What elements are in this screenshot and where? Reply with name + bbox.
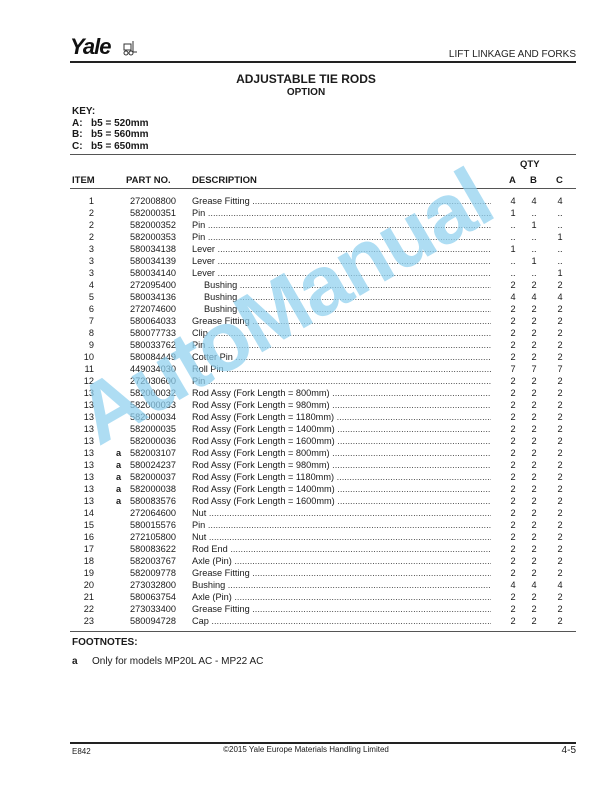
item-number: 8	[72, 327, 94, 339]
table-row: 10580084449Cotter Pin222	[0, 351, 612, 363]
footnote-marker: a	[116, 447, 124, 459]
part-number: 580063754	[124, 591, 176, 603]
item-number: 6	[72, 303, 94, 315]
qty-b: ..	[527, 267, 541, 279]
description: Pin	[192, 219, 491, 231]
description: Rod Assy (Fork Length = 1600mm)	[192, 435, 491, 447]
item-number: 17	[72, 543, 94, 555]
header-divider	[70, 61, 576, 63]
qty-a: 2	[506, 603, 520, 615]
part-number: 582000035	[124, 423, 176, 435]
qty-c: 1	[553, 267, 567, 279]
item-number: 19	[72, 567, 94, 579]
qty-b: 2	[527, 279, 541, 291]
item-number: 15	[72, 519, 94, 531]
qty-a: 2	[506, 507, 520, 519]
qty-b: 2	[527, 531, 541, 543]
item-number: 1	[72, 195, 94, 207]
item-number: 3	[72, 243, 94, 255]
qty-a: 1	[506, 243, 520, 255]
qty-c: 2	[553, 339, 567, 351]
item-number: 7	[72, 315, 94, 327]
qty-a: 1	[506, 207, 520, 219]
qty-b: 7	[527, 363, 541, 375]
qty-a: 2	[506, 615, 520, 627]
qty-b: 2	[527, 375, 541, 387]
part-number: 580034139	[124, 255, 176, 267]
description: Nut	[192, 531, 491, 543]
qty-b: 2	[527, 435, 541, 447]
part-number: 273033400	[124, 603, 176, 615]
header-qty-b: B	[530, 175, 537, 186]
qty-c: ..	[553, 255, 567, 267]
key-legend: KEY: A:b5 = 520mm B:b5 = 560mm C:b5 = 65…	[72, 106, 149, 152]
item-number: 12	[72, 375, 94, 387]
qty-b: 2	[527, 327, 541, 339]
qty-c: 4	[553, 291, 567, 303]
part-number: 582000033	[124, 399, 176, 411]
part-number: 580094728	[124, 615, 176, 627]
table-row: 15580015576Pin222	[0, 519, 612, 531]
part-number: 580084449	[124, 351, 176, 363]
part-number: 580024237	[124, 459, 176, 471]
table-row: 20273032800Bushing444	[0, 579, 612, 591]
qty-b: 2	[527, 423, 541, 435]
description: Axle (Pin)	[192, 555, 491, 567]
item-number: 13	[72, 447, 94, 459]
qty-c: 2	[553, 483, 567, 495]
part-number: 272095400	[124, 279, 176, 291]
qty-b: 2	[527, 519, 541, 531]
item-number: 16	[72, 531, 94, 543]
description: Rod Assy (Fork Length = 1400mm)	[192, 423, 491, 435]
description: Rod Assy (Fork Length = 800mm)	[192, 387, 491, 399]
table-row: 5580034136Bushing444	[0, 291, 612, 303]
qty-a: 7	[506, 363, 520, 375]
qty-a: 2	[506, 543, 520, 555]
table-row: 4272095400Bushing222	[0, 279, 612, 291]
footnote-marker: a	[72, 656, 92, 667]
qty-a: ..	[506, 231, 520, 243]
part-number: 272064600	[124, 507, 176, 519]
qty-a: 2	[506, 339, 520, 351]
qty-a: 2	[506, 495, 520, 507]
qty-c: 4	[553, 579, 567, 591]
qty-b: 2	[527, 603, 541, 615]
table-row: 3580034139Lever..1..	[0, 255, 612, 267]
qty-b: ..	[527, 243, 541, 255]
table-row: 3580034140Lever....1	[0, 267, 612, 279]
qty-c: 7	[553, 363, 567, 375]
qty-a: 2	[506, 375, 520, 387]
qty-a: 2	[506, 279, 520, 291]
part-number: 580033762	[124, 339, 176, 351]
part-number: 582000037	[124, 471, 176, 483]
qty-c: 2	[553, 567, 567, 579]
qty-c: 2	[553, 327, 567, 339]
qty-a: 2	[506, 303, 520, 315]
table-row: 7580064033Grease Fitting222	[0, 315, 612, 327]
qty-c: ..	[553, 219, 567, 231]
description: Rod Assy (Fork Length = 1180mm)	[192, 471, 491, 483]
item-number: 13	[72, 387, 94, 399]
qty-c: 2	[553, 411, 567, 423]
qty-a: 4	[506, 291, 520, 303]
qty-b: 2	[527, 483, 541, 495]
qty-c: 2	[553, 279, 567, 291]
part-number: 580015576	[124, 519, 176, 531]
item-number: 11	[72, 363, 94, 375]
description: Lever	[192, 243, 491, 255]
table-row: 2582000353Pin....1	[0, 231, 612, 243]
qty-b: 2	[527, 303, 541, 315]
qty-a: 2	[506, 351, 520, 363]
table-row: 13582000035Rod Assy (Fork Length = 1400m…	[0, 423, 612, 435]
description: Axle (Pin)	[192, 591, 491, 603]
qty-c: 2	[553, 435, 567, 447]
description: Pin	[192, 519, 491, 531]
qty-a: 2	[506, 435, 520, 447]
table-row: 21580063754Axle (Pin)222	[0, 591, 612, 603]
part-number: 582000352	[124, 219, 176, 231]
part-number: 580034138	[124, 243, 176, 255]
description: Grease Fitting	[192, 195, 491, 207]
description: Cotter Pin	[192, 351, 491, 363]
qty-b: 2	[527, 351, 541, 363]
qty-b: 2	[527, 567, 541, 579]
description: Grease Fitting	[192, 603, 491, 615]
item-number: 3	[72, 267, 94, 279]
qty-c: 2	[553, 303, 567, 315]
description: Pin	[192, 207, 491, 219]
part-number: 582009778	[124, 567, 176, 579]
item-number: 4	[72, 279, 94, 291]
qty-b: 2	[527, 615, 541, 627]
section-title: LIFT LINKAGE AND FORKS	[449, 49, 576, 60]
table-row: 13a580083576Rod Assy (Fork Length = 1600…	[0, 495, 612, 507]
qty-a: 2	[506, 423, 520, 435]
table-row: 17580083622Rod End222	[0, 543, 612, 555]
description: Cap	[192, 615, 491, 627]
part-number: 582003767	[124, 555, 176, 567]
header-qty-a: A	[509, 175, 516, 186]
part-number: 580034136	[124, 291, 176, 303]
qty-b: ..	[527, 231, 541, 243]
table-row: 13a582000038Rod Assy (Fork Length = 1400…	[0, 483, 612, 495]
qty-a: 2	[506, 315, 520, 327]
page-number: 4-5	[562, 745, 576, 756]
header-item: ITEM	[72, 175, 95, 186]
table-row: 3580034138Lever1....	[0, 243, 612, 255]
qty-a: ..	[506, 267, 520, 279]
item-number: 13	[72, 459, 94, 471]
part-number: 582000038	[124, 483, 176, 495]
qty-a: 2	[506, 567, 520, 579]
qty-a: ..	[506, 255, 520, 267]
qty-c: 2	[553, 447, 567, 459]
table-row: 13582000034Rod Assy (Fork Length = 1180m…	[0, 411, 612, 423]
table-row: 13a582000037Rod Assy (Fork Length = 1180…	[0, 471, 612, 483]
table-row: 13a582003107Rod Assy (Fork Length = 800m…	[0, 447, 612, 459]
footnotes-title: FOOTNOTES:	[72, 637, 138, 648]
description: Grease Fitting	[192, 567, 491, 579]
table-row: 9580033762Pin222	[0, 339, 612, 351]
footnote: aOnly for models MP20L AC - MP22 AC	[72, 656, 263, 667]
part-number: 582000353	[124, 231, 176, 243]
part-number: 582000032	[124, 387, 176, 399]
forklift-icon	[122, 40, 138, 56]
table-row: 8580077733Clip222	[0, 327, 612, 339]
qty-a: 2	[506, 591, 520, 603]
qty-c: 2	[553, 507, 567, 519]
footnote-marker: a	[116, 471, 124, 483]
table-row: 16272105800Nut222	[0, 531, 612, 543]
item-number: 13	[72, 411, 94, 423]
footnote-text: Only for models MP20L AC - MP22 AC	[92, 656, 263, 667]
brand-logo: Yale	[70, 34, 110, 60]
qty-b: 2	[527, 495, 541, 507]
qty-c: 2	[553, 555, 567, 567]
item-number: 21	[72, 591, 94, 603]
description: Rod End	[192, 543, 491, 555]
page-title: ADJUSTABLE TIE RODS	[0, 72, 612, 86]
description: Lever	[192, 255, 491, 267]
qty-c: 2	[553, 375, 567, 387]
footnote-marker: a	[116, 495, 124, 507]
qty-c: 2	[553, 495, 567, 507]
qty-a: 4	[506, 195, 520, 207]
copyright: ©2015 Yale Europe Materials Handling Lim…	[0, 745, 612, 754]
part-number: 272030600	[124, 375, 176, 387]
part-number: 273032800	[124, 579, 176, 591]
item-number: 5	[72, 291, 94, 303]
item-number: 3	[72, 255, 94, 267]
qty-c: ..	[553, 243, 567, 255]
qty-c: 1	[553, 231, 567, 243]
qty-c: 2	[553, 351, 567, 363]
item-number: 2	[72, 231, 94, 243]
table-row: 13582000032Rod Assy (Fork Length = 800mm…	[0, 387, 612, 399]
key-entry: C:b5 = 650mm	[72, 141, 149, 153]
footnote-marker: a	[116, 459, 124, 471]
qty-c: 2	[553, 387, 567, 399]
qty-c: 2	[553, 519, 567, 531]
qty-b: 4	[527, 195, 541, 207]
item-number: 9	[72, 339, 94, 351]
table-row: 22273033400Grease Fitting222	[0, 603, 612, 615]
divider	[70, 154, 576, 155]
header-part-no: PART NO.	[126, 175, 171, 186]
qty-header: QTY	[520, 159, 540, 170]
qty-b: 4	[527, 291, 541, 303]
qty-b: 2	[527, 447, 541, 459]
item-number: 20	[72, 579, 94, 591]
qty-c: 2	[553, 423, 567, 435]
part-number: 582003107	[124, 447, 176, 459]
table-row: 11449034030Roll Pin777	[0, 363, 612, 375]
qty-a: 2	[506, 471, 520, 483]
item-number: 2	[72, 219, 94, 231]
qty-b: 2	[527, 339, 541, 351]
qty-b: 1	[527, 255, 541, 267]
qty-b: 2	[527, 399, 541, 411]
item-number: 13	[72, 423, 94, 435]
key-label: KEY:	[72, 106, 149, 118]
table-row: 2582000352Pin..1..	[0, 219, 612, 231]
description: Bushing	[192, 579, 491, 591]
qty-c: 2	[553, 399, 567, 411]
qty-a: 2	[506, 459, 520, 471]
header-divider	[70, 188, 576, 189]
qty-a: 2	[506, 447, 520, 459]
table-row: 13a580024237Rod Assy (Fork Length = 980m…	[0, 459, 612, 471]
qty-b: 2	[527, 591, 541, 603]
table-row: 14272064600Nut222	[0, 507, 612, 519]
divider	[70, 631, 576, 632]
item-number: 13	[72, 435, 94, 447]
part-number: 272074600	[124, 303, 176, 315]
table-row: 1272008800Grease Fitting444	[0, 195, 612, 207]
qty-b: 2	[527, 315, 541, 327]
qty-b: 1	[527, 219, 541, 231]
description: Pin	[192, 339, 491, 351]
description: Nut	[192, 507, 491, 519]
description: Roll Pin	[192, 363, 491, 375]
description: Bushing	[192, 291, 491, 303]
qty-c: 2	[553, 543, 567, 555]
qty-c: 2	[553, 315, 567, 327]
table-row: 13582000033Rod Assy (Fork Length = 980mm…	[0, 399, 612, 411]
description: Bushing	[192, 279, 491, 291]
description: Lever	[192, 267, 491, 279]
footnote-marker: a	[116, 483, 124, 495]
item-number: 13	[72, 399, 94, 411]
qty-a: 2	[506, 555, 520, 567]
part-number: 580077733	[124, 327, 176, 339]
header-description: DESCRIPTION	[192, 175, 257, 186]
description: Rod Assy (Fork Length = 1600mm)	[192, 495, 491, 507]
qty-c: 2	[553, 471, 567, 483]
table-row: 19582009778Grease Fitting222	[0, 567, 612, 579]
description: Rod Assy (Fork Length = 1400mm)	[192, 483, 491, 495]
description: Rod Assy (Fork Length = 980mm)	[192, 459, 491, 471]
qty-b: 2	[527, 387, 541, 399]
footer-divider	[70, 742, 576, 744]
description: Pin	[192, 375, 491, 387]
item-number: 23	[72, 615, 94, 627]
qty-a: 2	[506, 387, 520, 399]
qty-b: 2	[527, 555, 541, 567]
qty-c: 2	[553, 615, 567, 627]
table-row: 13582000036Rod Assy (Fork Length = 1600m…	[0, 435, 612, 447]
table-row: 18582003767Axle (Pin)222	[0, 555, 612, 567]
qty-b: 2	[527, 507, 541, 519]
qty-c: 2	[553, 459, 567, 471]
part-number: 449034030	[124, 363, 176, 375]
qty-b: 2	[527, 543, 541, 555]
item-number: 13	[72, 471, 94, 483]
description: Rod Assy (Fork Length = 800mm)	[192, 447, 491, 459]
description: Bushing	[192, 303, 491, 315]
item-number: 14	[72, 507, 94, 519]
qty-c: 2	[553, 591, 567, 603]
item-number: 2	[72, 207, 94, 219]
qty-a: 2	[506, 327, 520, 339]
qty-c: 2	[553, 603, 567, 615]
key-entry: A:b5 = 520mm	[72, 118, 149, 130]
item-number: 13	[72, 483, 94, 495]
qty-a: 2	[506, 411, 520, 423]
qty-a: 2	[506, 399, 520, 411]
item-number: 22	[72, 603, 94, 615]
description: Rod Assy (Fork Length = 1180mm)	[192, 411, 491, 423]
part-number: 582000034	[124, 411, 176, 423]
part-number: 272008800	[124, 195, 176, 207]
table-row: 2582000351Pin1....	[0, 207, 612, 219]
part-number: 580083576	[124, 495, 176, 507]
qty-b: 2	[527, 411, 541, 423]
part-number: 582000351	[124, 207, 176, 219]
description: Pin	[192, 231, 491, 243]
parts-table: 1272008800Grease Fitting4442582000351Pin…	[0, 195, 612, 627]
description: Grease Fitting	[192, 315, 491, 327]
qty-c: 2	[553, 531, 567, 543]
header-qty-c: C	[556, 175, 563, 186]
page-subtitle: OPTION	[0, 87, 612, 98]
description: Rod Assy (Fork Length = 980mm)	[192, 399, 491, 411]
key-entry: B:b5 = 560mm	[72, 129, 149, 141]
part-number: 580034140	[124, 267, 176, 279]
part-number: 580083622	[124, 543, 176, 555]
qty-a: 2	[506, 483, 520, 495]
item-number: 18	[72, 555, 94, 567]
part-number: 272105800	[124, 531, 176, 543]
table-row: 12272030600Pin222	[0, 375, 612, 387]
qty-c: ..	[553, 207, 567, 219]
part-number: 582000036	[124, 435, 176, 447]
qty-a: ..	[506, 219, 520, 231]
table-row: 6272074600Bushing222	[0, 303, 612, 315]
item-number: 13	[72, 495, 94, 507]
item-number: 10	[72, 351, 94, 363]
part-number: 580064033	[124, 315, 176, 327]
qty-b: 4	[527, 579, 541, 591]
qty-b: ..	[527, 207, 541, 219]
qty-c: 4	[553, 195, 567, 207]
description: Clip	[192, 327, 491, 339]
qty-a: 2	[506, 531, 520, 543]
qty-b: 2	[527, 471, 541, 483]
qty-b: 2	[527, 459, 541, 471]
qty-a: 4	[506, 579, 520, 591]
table-row: 23580094728Cap222	[0, 615, 612, 627]
qty-a: 2	[506, 519, 520, 531]
